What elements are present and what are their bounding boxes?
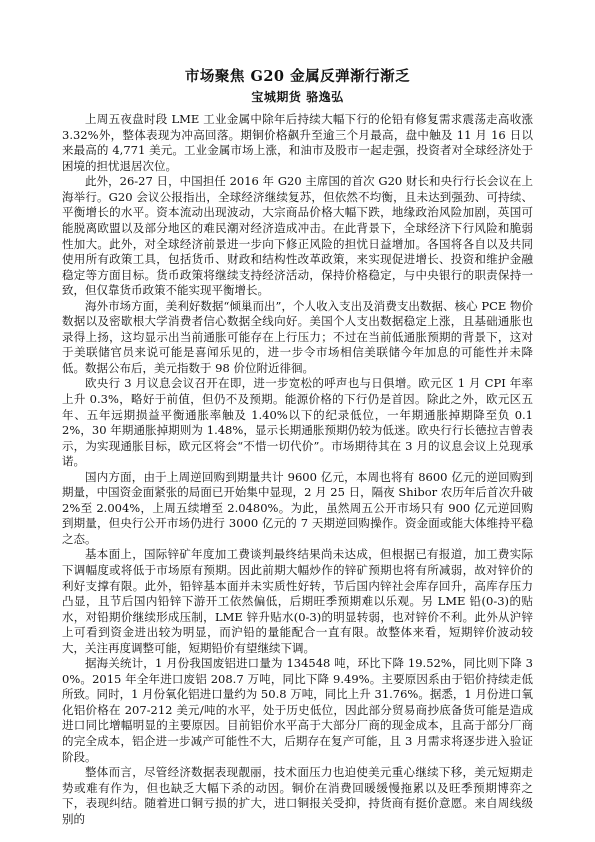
paragraph-aluminum-imports: 据海关统计，1 月份我国废铝进口量为 134548 吨，环比下降 19.52%，… bbox=[62, 656, 533, 765]
document-title: 市场聚焦 G20 金属反弹渐行渐乏 bbox=[62, 68, 533, 86]
paragraph-domestic-liquidity: 国内方面，由于上周逆回购到期量共计 9600 亿元，本周也将有 8600 亿元的… bbox=[62, 470, 533, 548]
document-byline: 宝城期货 骆逸弘 bbox=[62, 90, 533, 105]
document-body: 上周五夜盘时段 LME 工业金属中除年后持续大幅下行的伦铅有修复需求震荡走高收涨… bbox=[62, 112, 533, 827]
paragraph-g20-meeting: 此外，26-27 日，中国担任 2016 年 G20 主席国的首次 G20 财长… bbox=[62, 174, 533, 298]
paragraph-market-recap: 上周五夜盘时段 LME 工业金属中除年后持续大幅下行的伦铅有修复需求震荡走高收涨… bbox=[62, 112, 533, 174]
paragraph-ecb-outlook: 欧央行 3 月议息会议召开在即，进一步宽松的呼声也与日俱增。欧元区 1 月 CP… bbox=[62, 376, 533, 469]
document-page: 市场聚焦 G20 金属反弹渐行渐乏 宝城期货 骆逸弘 上周五夜盘时段 LME 工… bbox=[0, 0, 595, 842]
paragraph-overall-summary: 整体而言，尽管经济数据表现靓丽，技术面压力也迫使美元重心继续下移，美元短期走势或… bbox=[62, 765, 533, 827]
paragraph-overseas-data: 海外市场方面，美利好数据“倾巢而出”，个人收入支出及消费支出数据、核心 PCE … bbox=[62, 299, 533, 377]
paragraph-zinc-lead-fundamentals: 基本面上，国际锌矿年度加工费谈判最终结果尚未达成，但根据已有报道，加工费实际下调… bbox=[62, 547, 533, 656]
